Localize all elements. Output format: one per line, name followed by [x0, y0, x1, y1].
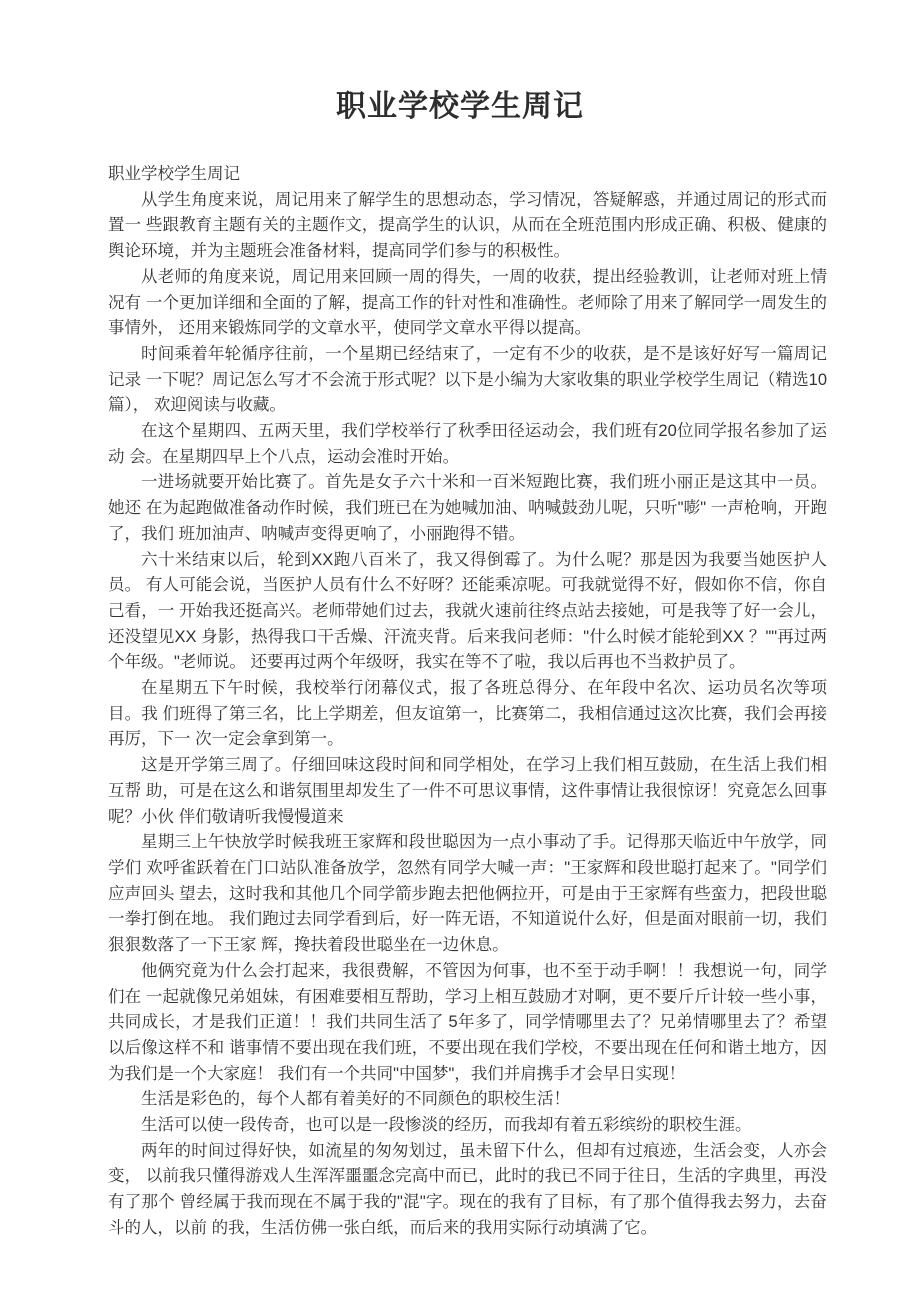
- paragraph: 两年的时间过得好快，如流星的匆匆划过，虽未留下什么，但却有过痕迹，生活会变，人亦…: [108, 1139, 827, 1242]
- paragraph: 在星期五下午时候，我校举行闭幕仪式，报了各班总得分、在年段中名次、运功员名次等项…: [108, 676, 827, 753]
- document-body: 职业学校学生周记 从学生角度来说，周记用来了解学生的思想动态，学习情况，答疑解惑…: [108, 162, 827, 1242]
- paragraph: 在这个星期四、五两天里，我们学校举行了秋季田径运动会，我们班有20位同学报名参加…: [108, 419, 827, 470]
- paragraph-list: 从学生角度来说，周记用来了解学生的思想动态，学习情况，答疑解惑，并通过周记的形式…: [108, 188, 827, 1242]
- document-subtitle: 职业学校学生周记: [108, 162, 827, 188]
- paragraph: 从学生角度来说，周记用来了解学生的思想动态，学习情况，答疑解惑，并通过周记的形式…: [108, 188, 827, 265]
- paragraph: 时间乘着年轮循序往前，一个星期已经结束了，一定有不少的收获，是不是该好好写一篇周…: [108, 342, 827, 419]
- paragraph: 六十米结束以后，轮到XX跑八百米了，我又得倒霉了。为什么呢？那是因为我要当她医护…: [108, 548, 827, 677]
- paragraph: 他俩究竟为什么会打起来，我很费解，不管因为何事，也不至于动手啊！！我想说一句，同…: [108, 959, 827, 1088]
- document-page: 职业学校学生周记 职业学校学生周记 从学生角度来说，周记用来了解学生的思想动态，…: [0, 0, 920, 1302]
- paragraph: 从老师的角度来说，周记用来回顾一周的得失，一周的收获，提出经验教训，让老师对班上…: [108, 265, 827, 342]
- paragraph: 生活是彩色的，每个人都有着美好的不同颜色的职校生活！: [108, 1087, 827, 1113]
- paragraph: 星期三上午快放学时候我班王家辉和段世聪因为一点小事动了手。记得那天临近中午放学，…: [108, 830, 827, 959]
- document-title: 职业学校学生周记: [0, 0, 920, 128]
- paragraph: 生活可以使一段传奇，也可以是一段惨淡的经历，而我却有着五彩缤纷的职校生涯。: [108, 1113, 827, 1139]
- paragraph: 这是开学第三周了。仔细回味这段时间和同学相处，在学习上我们相互鼓励，在生活上我们…: [108, 753, 827, 830]
- paragraph: 一进场就要开始比赛了。首先是女子六十米和一百米短跑比赛，我们班小丽正是这其中一员…: [108, 470, 827, 547]
